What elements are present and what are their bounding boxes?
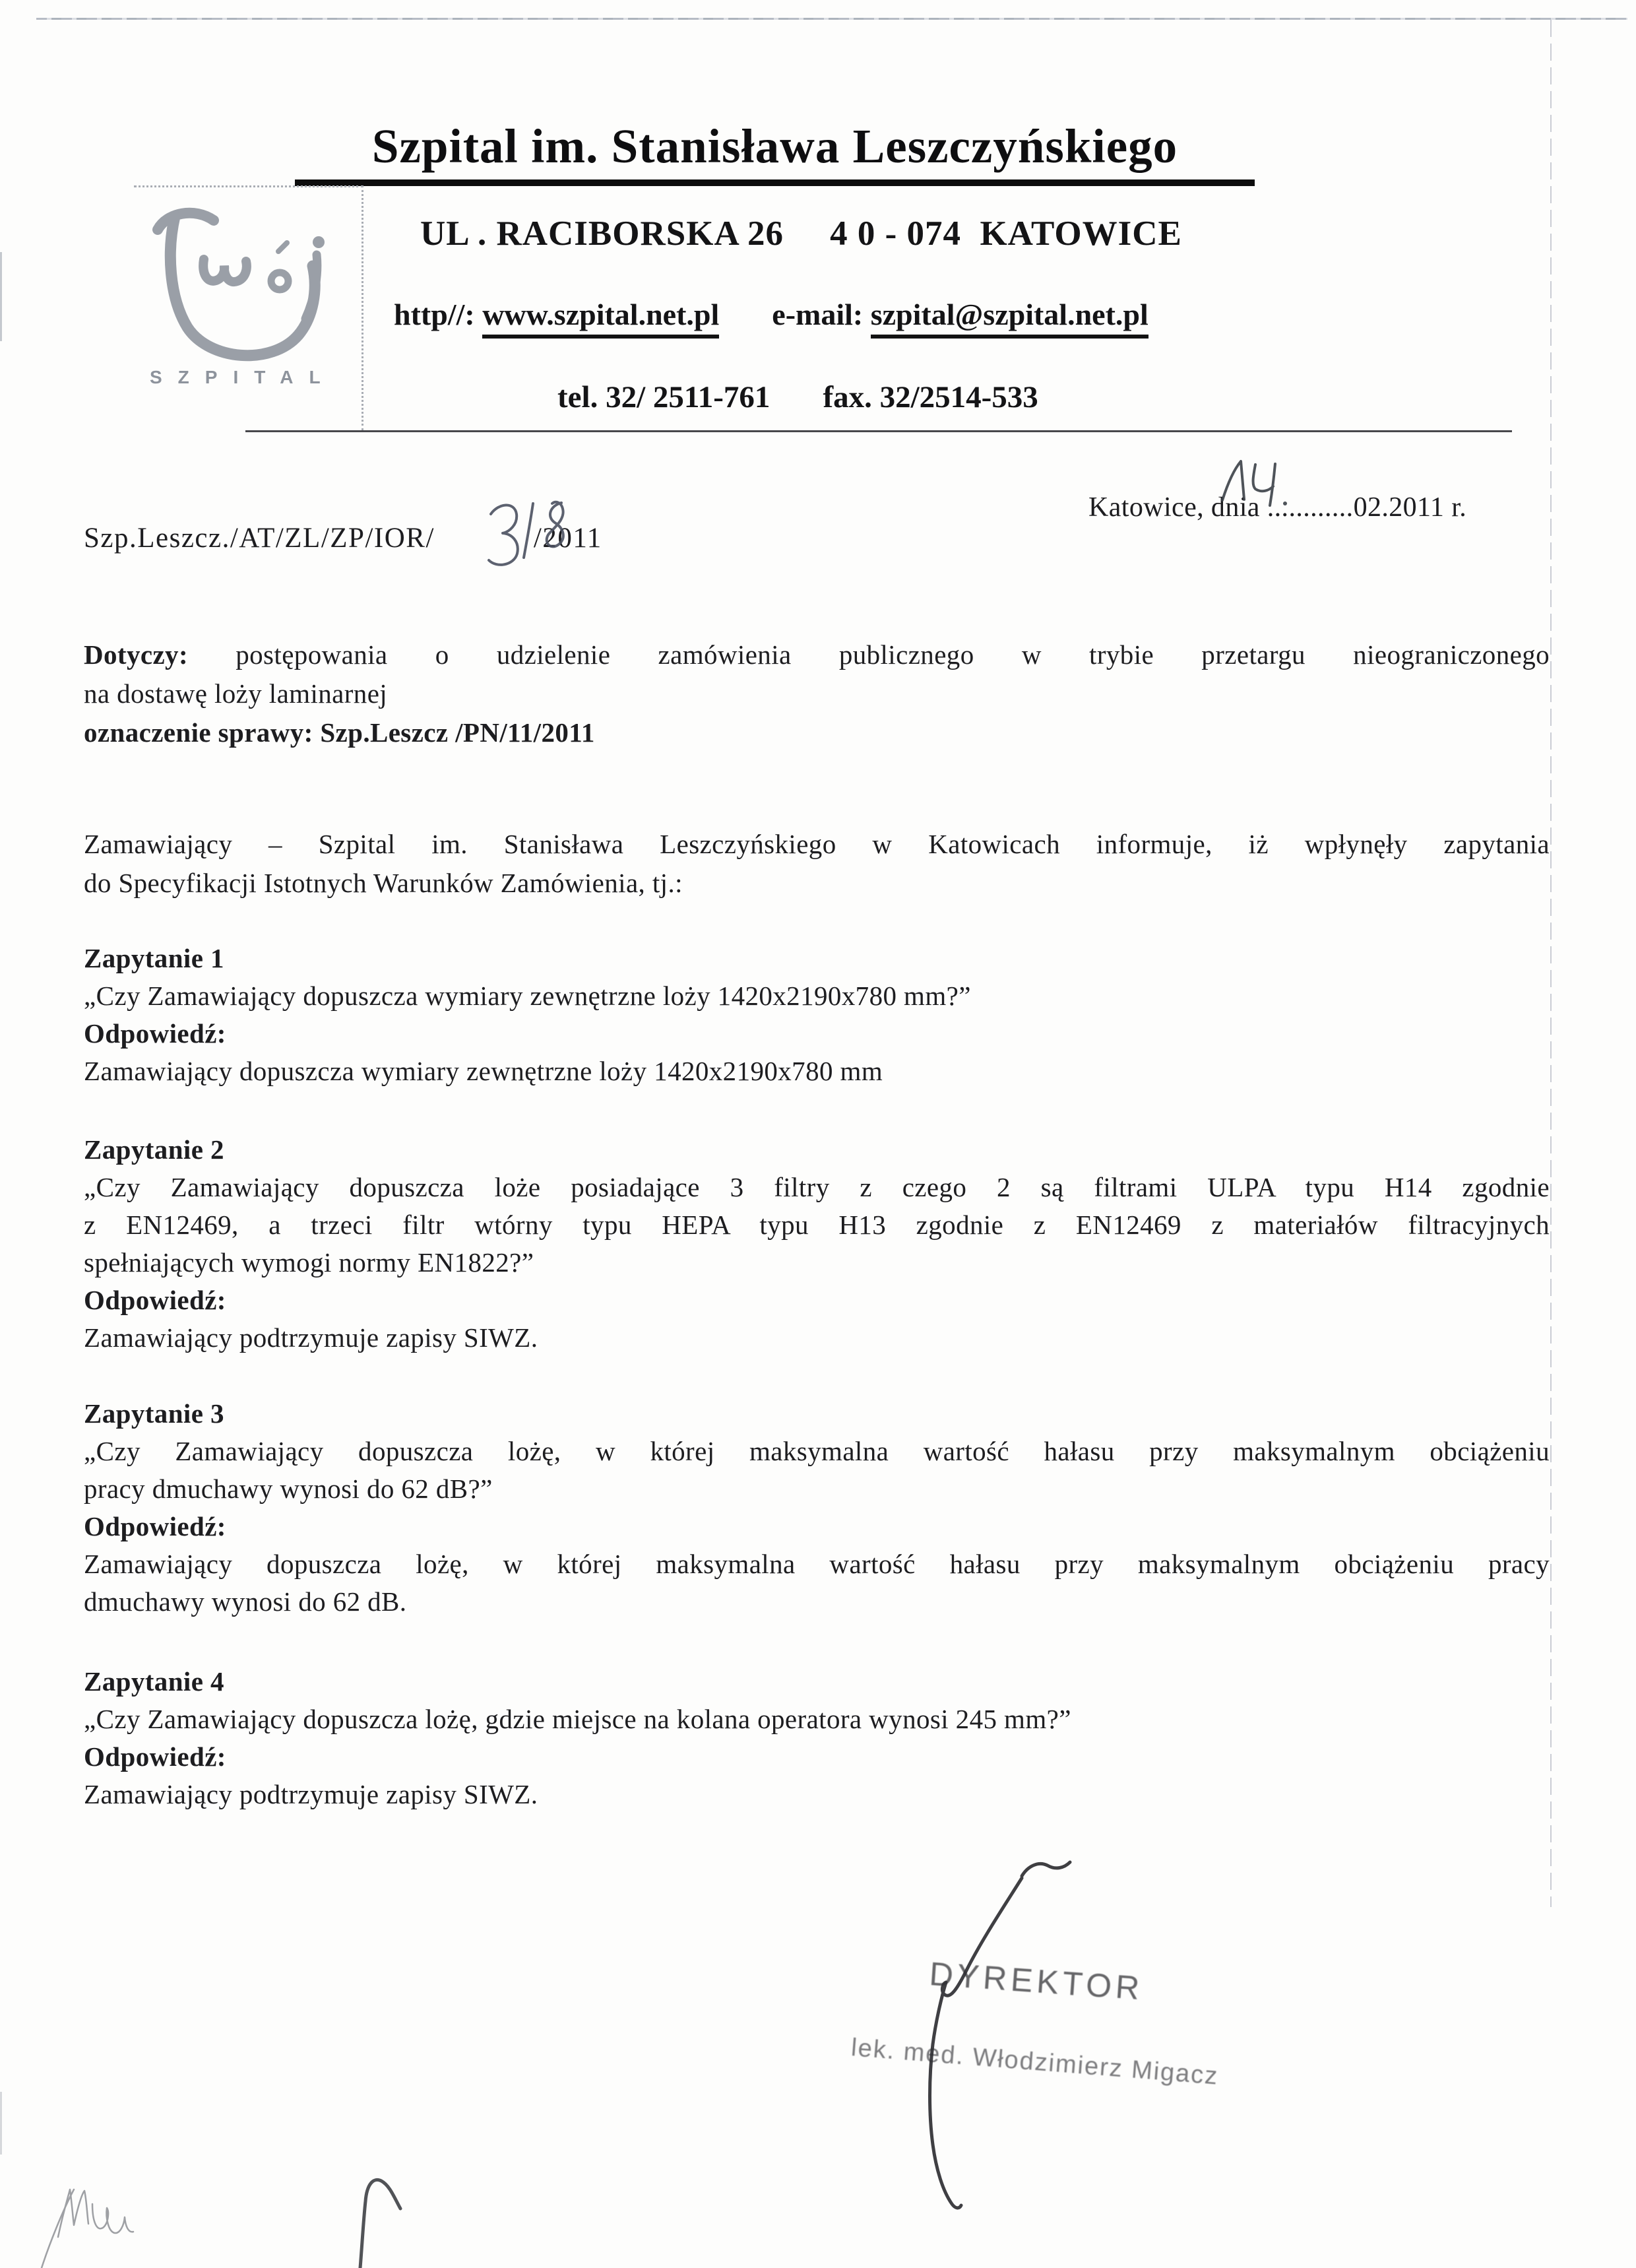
scanned-letter-page: Szpital im. Stanisława Leszczyńskiego Tw… xyxy=(0,0,1636,2268)
reference-line: Szp.Leszcz./AT/ZL/ZP/IOR//2011 xyxy=(84,522,602,554)
answer-label: Odpowiedź: xyxy=(84,1738,1550,1776)
answer-text-line: Zamawiający dopuszcza lożę, w której mak… xyxy=(84,1545,1550,1583)
question-text-line: „Czy Zamawiający dopuszcza loże posiadaj… xyxy=(84,1169,1550,1206)
logo-twoj-smile-icon xyxy=(134,187,362,430)
question-text-line: z EN12469, a trzeci filtr wtórny typu HE… xyxy=(84,1206,1550,1244)
intro-line-2: do Specyfikacji Istotnych Warunków Zamów… xyxy=(84,864,1550,903)
answer-label: Odpowiedź: xyxy=(84,1281,1550,1319)
website-link[interactable]: www.szpital.net.pl xyxy=(482,298,719,339)
case-number: Szp.Leszcz /PN/11/2011 xyxy=(320,717,595,748)
date-city-label: Katowice, dnia xyxy=(1088,492,1260,523)
case-number-line: oznaczenie sprawy: Szp.Leszcz /PN/11/201… xyxy=(84,713,1550,752)
date-dots: ............ xyxy=(1267,492,1354,523)
scan-artifact-left-edge xyxy=(0,252,2,341)
question-text-line: „Czy Zamawiający dopuszcza wymiary zewnę… xyxy=(84,977,1550,1015)
logo-caption: SZPITAL xyxy=(150,367,336,388)
hospital-logo: Twój SZPITAL xyxy=(134,185,363,430)
case-label: oznaczenie sprawy: xyxy=(84,717,313,748)
reference-suffix: /2011 xyxy=(534,523,602,554)
question-heading: Zapytanie 4 xyxy=(84,1663,1550,1701)
header-web-email-line: http//: www.szpital.net.ple-mail: szpita… xyxy=(394,297,1148,332)
question-text-line: pracy dmuchawy wynosi do 62 dB?” xyxy=(84,1470,1550,1508)
scan-artifact-fold-line xyxy=(1550,20,1552,1907)
intro-paragraph: Zamawiający – Szpital im. Stanisława Les… xyxy=(84,825,1550,903)
hook-mark xyxy=(360,2180,400,2268)
phone-number: tel. 32/ 2511-761 xyxy=(557,380,770,414)
fax-number: fax. 32/2514-533 xyxy=(823,380,1038,414)
header-divider xyxy=(245,430,1512,432)
question-text-line: spełniających wymogi normy EN1822?” xyxy=(84,1244,1550,1281)
scan-artifact-left-edge-lower xyxy=(0,2092,2,2155)
subject-line-2: na dostawę loży laminarnej xyxy=(84,674,1550,713)
answer-text-line: dmuchawy wynosi do 62 dB. xyxy=(84,1583,1550,1621)
question-text-line: „Czy Zamawiający dopuszcza lożę, w które… xyxy=(84,1433,1550,1470)
answer-text-line: Zamawiający podtrzymuje zapisy SIWZ. xyxy=(84,1319,1550,1357)
answer-label: Odpowiedź: xyxy=(84,1015,1550,1053)
signature-stroke xyxy=(930,1862,1071,2208)
reference-prefix: Szp.Leszcz./AT/ZL/ZP/IOR/ xyxy=(84,523,435,554)
question-heading: Zapytanie 3 xyxy=(84,1395,1550,1433)
intro-line-1: Zamawiający – Szpital im. Stanisława Les… xyxy=(84,825,1550,864)
web-prefix: http//: xyxy=(394,298,475,331)
question-block-1: Zapytanie 1 „Czy Zamawiający dopuszcza w… xyxy=(84,940,1550,1090)
director-stamp-name: lek. med. Włodzimierz Migacz xyxy=(850,2034,1220,2091)
answer-text-line: Zamawiający dopuszcza wymiary zewnętrzne… xyxy=(84,1053,1550,1090)
subject-line-1: Dotyczy: postępowania o udzielenie zamów… xyxy=(84,635,1550,674)
date-month-year: 02.2011 r. xyxy=(1354,492,1467,523)
question-heading: Zapytanie 2 xyxy=(84,1131,1550,1169)
email-label: e-mail: xyxy=(772,298,863,331)
subject-block: Dotyczy: postępowania o udzielenie zamów… xyxy=(84,635,1550,752)
header-phone-fax-line: tel. 32/ 2511-761fax. 32/2514-533 xyxy=(557,379,1038,415)
answer-text-line: Zamawiający podtrzymuje zapisy SIWZ. xyxy=(84,1776,1550,1813)
header-address: UL . RACIBORSKA 264 0 - 074 KATOWICE xyxy=(420,214,1182,253)
question-block-3: Zapytanie 3 „Czy Zamawiający dopuszcza l… xyxy=(84,1395,1550,1621)
subject-label: Dotyczy: xyxy=(84,639,188,670)
subject-text: postępowania o udzielenie zamówienia pub… xyxy=(236,639,1550,670)
question-heading: Zapytanie 1 xyxy=(84,940,1550,977)
date-line: Katowice, dnia ............02.2011 r. xyxy=(1088,492,1466,523)
email-link[interactable]: szpital@szpital.net.pl xyxy=(871,298,1148,339)
answer-label: Odpowiedź: xyxy=(84,1508,1550,1545)
question-block-2: Zapytanie 2 „Czy Zamawiający dopuszcza l… xyxy=(84,1131,1550,1357)
director-stamp-title: DYREKTOR xyxy=(928,1955,1145,2008)
scan-artifact-top-line xyxy=(36,18,1627,20)
question-text-line: „Czy Zamawiający dopuszcza lożę, gdzie m… xyxy=(84,1701,1550,1738)
address-street: UL . RACIBORSKA 26 xyxy=(420,214,784,253)
question-block-4: Zapytanie 4 „Czy Zamawiający dopuszcza l… xyxy=(84,1663,1550,1813)
address-city: 4 0 - 074 KATOWICE xyxy=(830,214,1182,253)
page-title: Szpital im. Stanisława Leszczyńskiego xyxy=(295,119,1255,186)
initials-mark xyxy=(42,2189,133,2268)
signature-top-squiggle xyxy=(1022,1862,1070,1876)
